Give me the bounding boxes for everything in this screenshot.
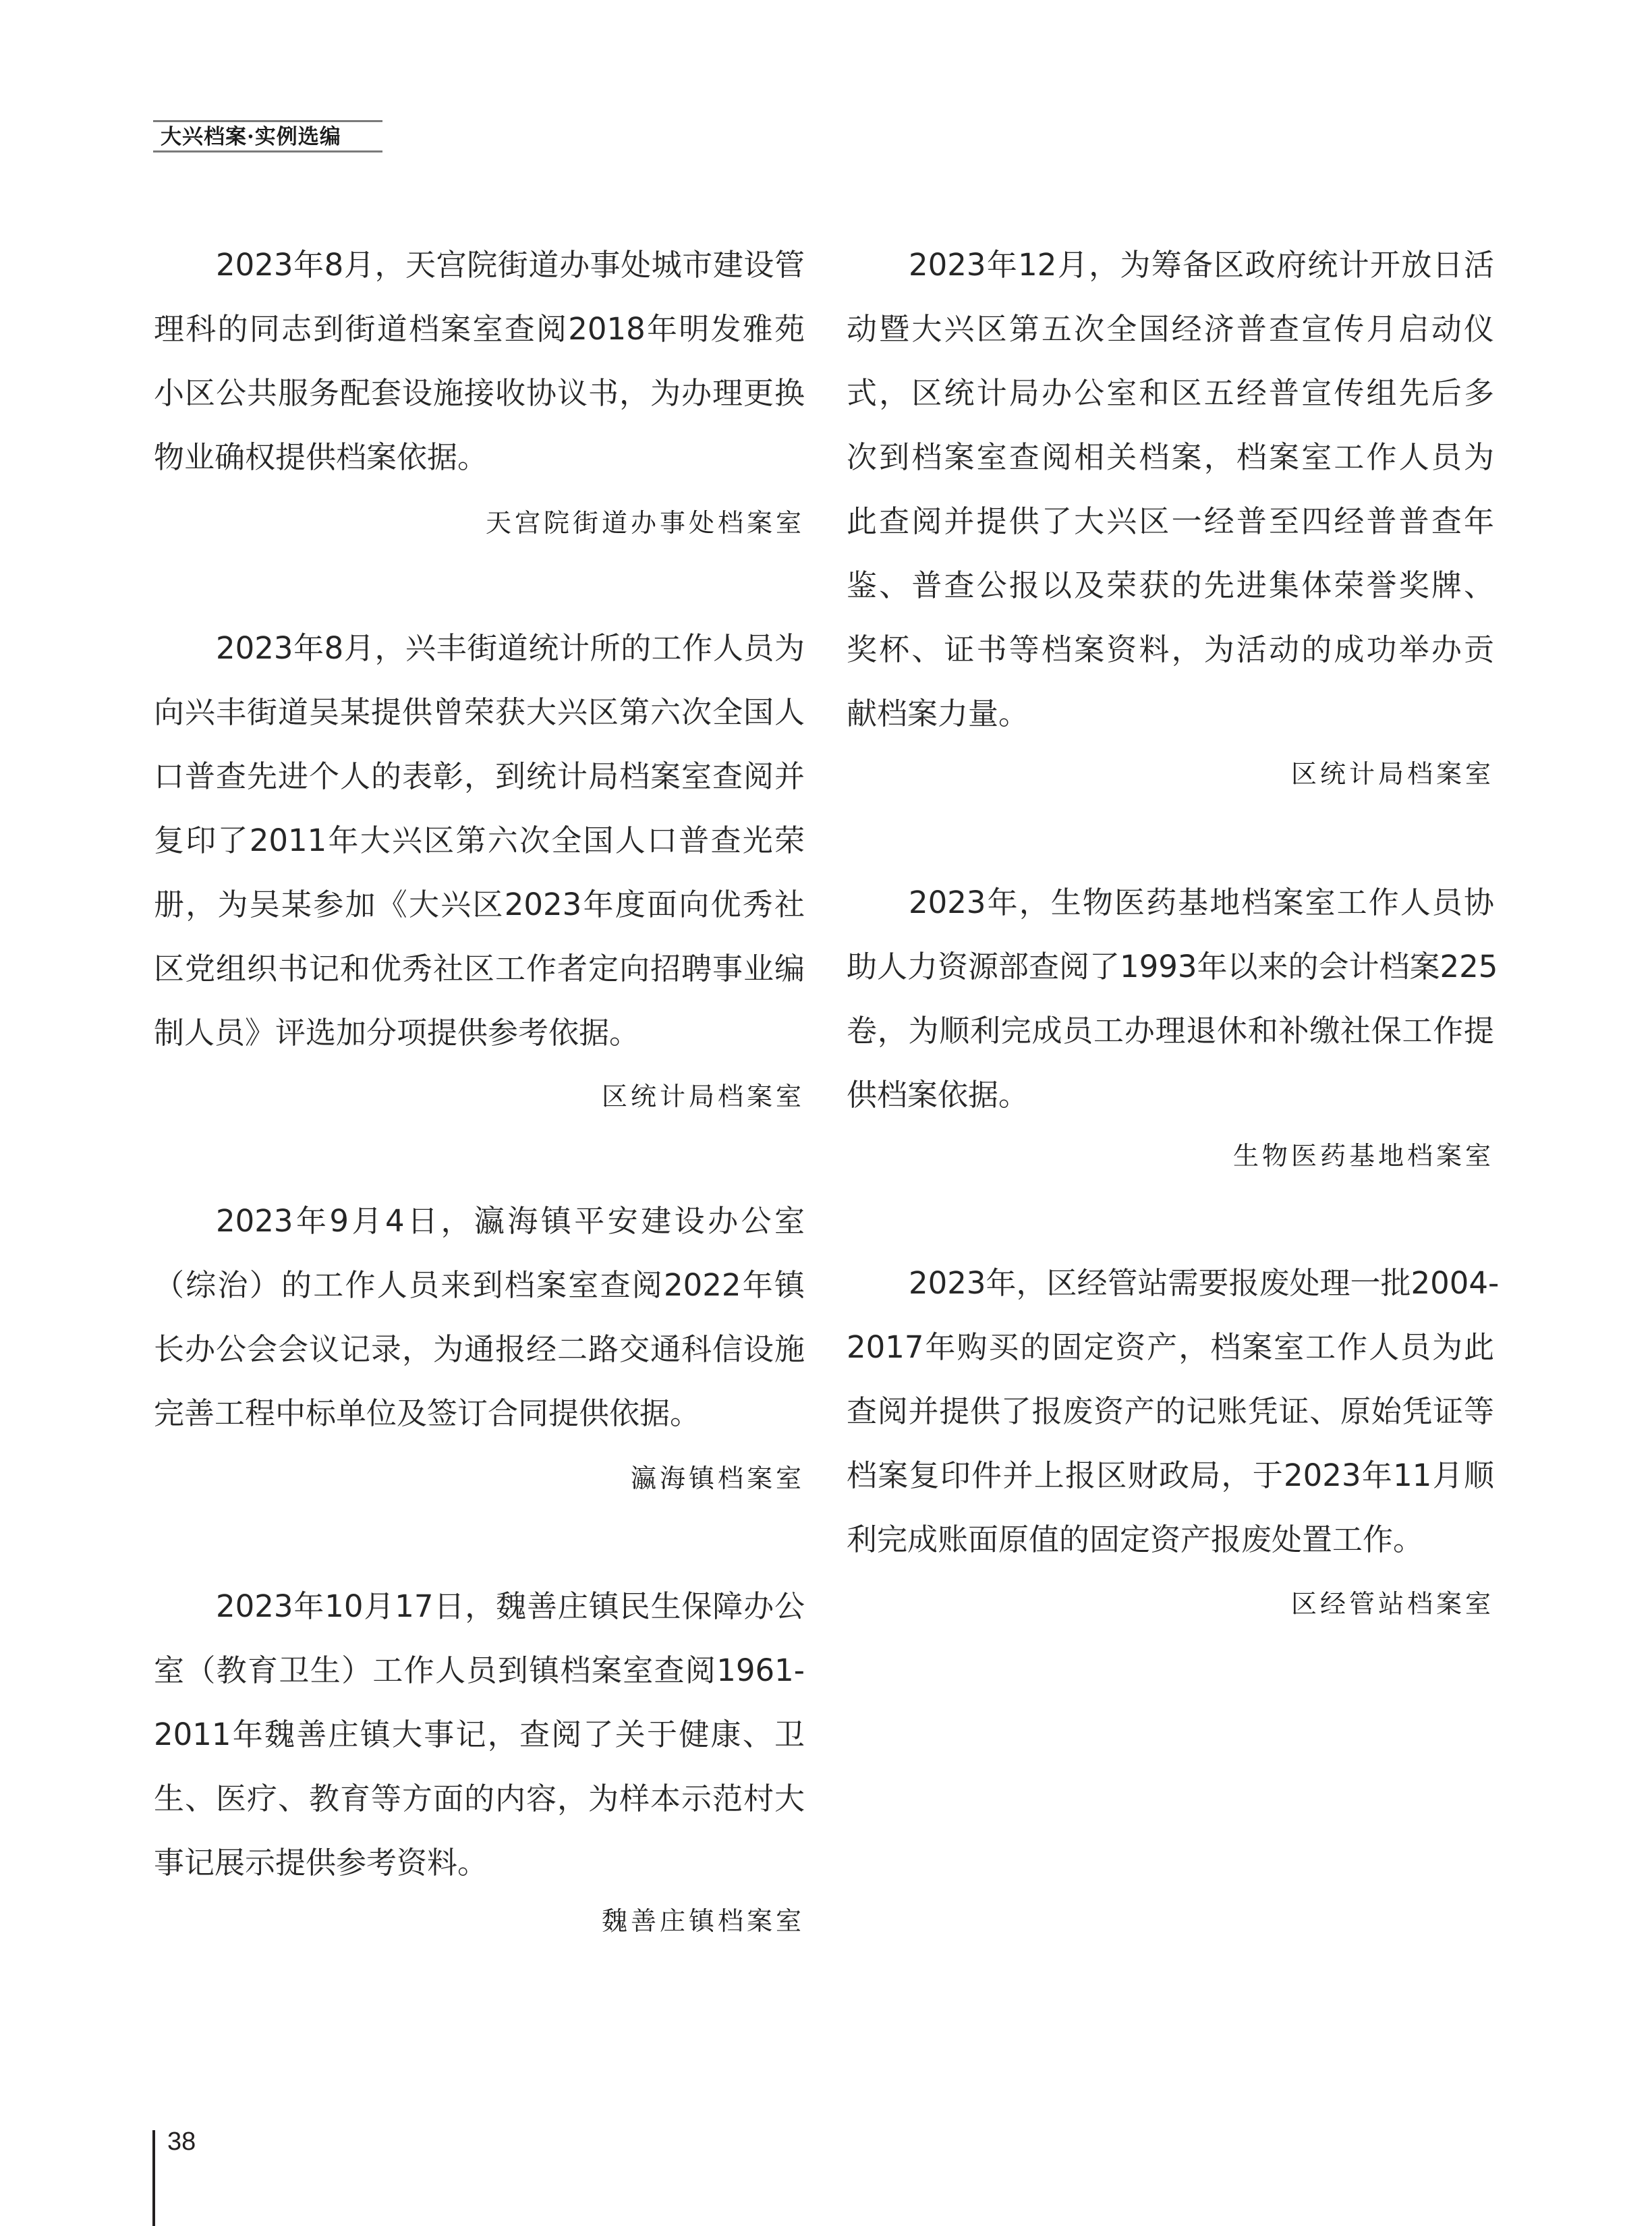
- paragraph-line: 献档案力量。: [847, 681, 1494, 746]
- entry-signature: 魏善庄镇档案室: [602, 1904, 805, 1938]
- entry-signature: 区统计局档案室: [1291, 757, 1494, 791]
- paragraph-line: 生、医疗、教育等方面的内容，为样本示范村大: [154, 1766, 805, 1831]
- paragraph-line: 制人员》评选加分项提供参考依据。: [154, 1001, 805, 1065]
- paragraph-line: 册，为吴某参加《大兴区2023年度面向优秀社: [154, 872, 805, 937]
- paragraph-line: 档案复印件并上报区财政局，于2023年11月顺: [847, 1443, 1494, 1507]
- entry-signature: 天宫院街道办事处档案室: [486, 506, 805, 540]
- entry-weishanzhuang: 2023年10月17日，魏善庄镇民生保障办公 室（教育卫生）工作人员到镇档案室查…: [154, 1574, 805, 1895]
- paragraph-line: 动暨大兴区第五次全国经济普查宣传月启动仪: [847, 297, 1494, 361]
- entry-signature: 区统计局档案室: [602, 1080, 805, 1113]
- footer-vertical-rule: [152, 2130, 155, 2226]
- paragraph-line: 助人力资源部查阅了1993年以来的会计档案225: [847, 935, 1494, 999]
- paragraph-line: 2023年8月，兴丰街道统计所的工作人员为: [154, 616, 805, 680]
- paragraph-line: 2023年10月17日，魏善庄镇民生保障办公: [154, 1574, 805, 1638]
- paragraph-line: 式，区统计局办公室和区五经普宣传组先后多: [847, 361, 1494, 425]
- entry-tiangongyuan: 2023年8月，天宫院街道办事处城市建设管 理科的同志到街道档案室查阅2018年…: [154, 233, 805, 489]
- paragraph-line: 2023年，区经管站需要报废处理一批2004-: [847, 1251, 1494, 1315]
- paragraph-line: 2023年9月4日，瀛海镇平安建设办公室: [154, 1189, 805, 1253]
- paragraph-line: （综治）的工作人员来到档案室查阅2022年镇: [154, 1253, 805, 1317]
- paragraph-line: 2023年，生物医药基地档案室工作人员协: [847, 870, 1494, 935]
- entry-xingfeng: 2023年8月，兴丰街道统计所的工作人员为 向兴丰街道吴某提供曾荣获大兴区第六次…: [154, 616, 805, 1065]
- paragraph-line: 2017年购买的固定资产，档案室工作人员为此: [847, 1315, 1494, 1379]
- entry-economic-management-station: 2023年，区经管站需要报废处理一批2004- 2017年购买的固定资产，档案室…: [847, 1251, 1494, 1571]
- paragraph-line: 查阅并提供了报废资产的记账凭证、原始凭证等: [847, 1379, 1494, 1443]
- paragraph-line: 复印了2011年大兴区第六次全国人口普查光荣: [154, 808, 805, 872]
- entry-statistics-open-day: 2023年12月，为筹备区政府统计开放日活 动暨大兴区第五次全国经济普查宣传月启…: [847, 233, 1494, 746]
- paragraph-line: 口普查先进个人的表彰，到统计局档案室查阅并: [154, 744, 805, 808]
- page-number: 38: [167, 2125, 196, 2158]
- paragraph-line: 奖杯、证书等档案资料，为活动的成功举办贡: [847, 617, 1494, 681]
- paragraph-line: 此查阅并提供了大兴区一经普至四经普普查年: [847, 489, 1494, 553]
- paragraph-line: 鉴、普查公报以及荣获的先进集体荣誉奖牌、: [847, 553, 1494, 617]
- paragraph-line: 次到档案室查阅相关档案，档案室工作人员为: [847, 425, 1494, 489]
- paragraph-line: 物业确权提供档案依据。: [154, 425, 805, 489]
- paragraph-line: 供档案依据。: [847, 1063, 1494, 1127]
- paragraph-line: 理科的同志到街道档案室查阅2018年明发雅苑: [154, 297, 805, 361]
- entry-signature: 瀛海镇档案室: [631, 1462, 805, 1495]
- paragraph-line: 长办公会会议记录，为通报经二路交通科信设施: [154, 1317, 805, 1381]
- running-header: 大兴档案·实例选编: [153, 120, 382, 152]
- section-title: 大兴档案·实例选编: [161, 124, 341, 150]
- entry-signature: 生物医药基地档案室: [1233, 1139, 1494, 1173]
- paragraph-line: 2023年8月，天宫院街道办事处城市建设管: [154, 233, 805, 297]
- paragraph-line: 2011年魏善庄镇大事记，查阅了关于健康、卫: [154, 1702, 805, 1766]
- entry-yinghai: 2023年9月4日，瀛海镇平安建设办公室 （综治）的工作人员来到档案室查阅202…: [154, 1189, 805, 1445]
- paragraph-line: 向兴丰街道吴某提供曾荣获大兴区第六次全国人: [154, 680, 805, 744]
- paragraph-line: 事记展示提供参考资料。: [154, 1831, 805, 1895]
- paragraph-line: 区党组织书记和优秀社区工作者定向招聘事业编: [154, 937, 805, 1001]
- paragraph-line: 利完成账面原值的固定资产报废处置工作。: [847, 1507, 1494, 1571]
- paragraph-line: 小区公共服务配套设施接收协议书，为办理更换: [154, 361, 805, 425]
- paragraph-line: 完善工程中标单位及签订合同提供依据。: [154, 1381, 805, 1445]
- paragraph-line: 2023年12月，为筹备区政府统计开放日活: [847, 233, 1494, 297]
- entry-signature: 区经管站档案室: [1291, 1587, 1494, 1621]
- entry-biomedical-base: 2023年，生物医药基地档案室工作人员协 助人力资源部查阅了1993年以来的会计…: [847, 870, 1494, 1127]
- paragraph-line: 室（教育卫生）工作人员到镇档案室查阅1961-: [154, 1638, 805, 1702]
- paragraph-line: 卷，为顺利完成员工办理退休和补缴社保工作提: [847, 999, 1494, 1063]
